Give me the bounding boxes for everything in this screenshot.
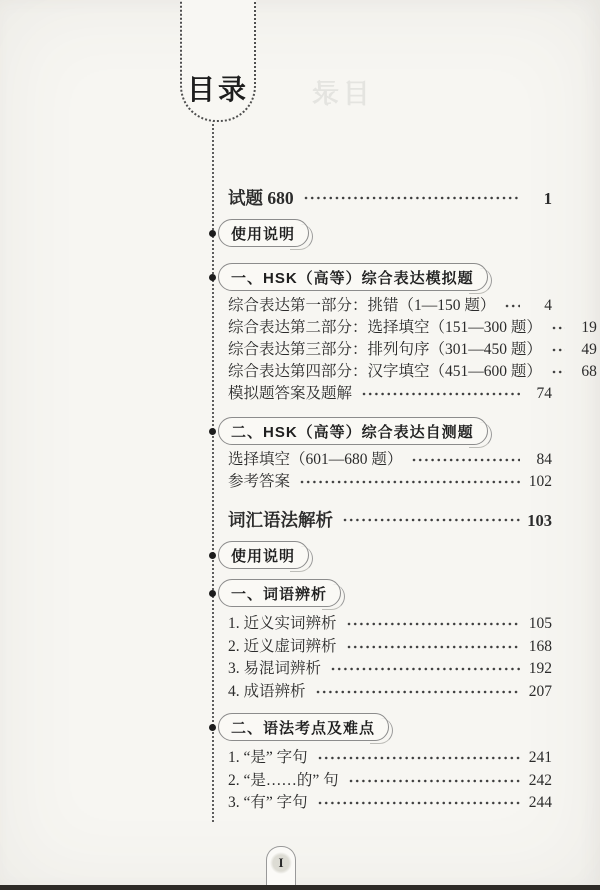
entry-title: 4. 成语辨析 bbox=[228, 681, 306, 704]
entry-title: 1. “是” 字句 bbox=[228, 747, 308, 770]
page-number: 168 bbox=[526, 636, 552, 659]
dot-leader bbox=[551, 369, 565, 375]
page-number-tab: I bbox=[266, 846, 296, 885]
page-number: 84 bbox=[526, 449, 552, 471]
pill-row-grammar-points: 二、语法考点及难点 bbox=[218, 713, 552, 741]
toc-entry: 参考答案 102 bbox=[218, 471, 552, 493]
page-number: 49 bbox=[571, 339, 597, 361]
pill-usage-notes: 使用说明 bbox=[218, 541, 309, 569]
page-number: 4 bbox=[526, 295, 552, 317]
toc-heading-shiti680: 试题 680 1 bbox=[218, 185, 552, 211]
entry-title: 综合表达第四部分：汉字填空（451—600 题） bbox=[228, 361, 542, 383]
pill-label: 二、HSK（高等）综合表达自测题 bbox=[231, 421, 474, 442]
dot-leader bbox=[317, 755, 520, 761]
entry-title: 2. “是……的” 句 bbox=[228, 770, 339, 793]
bullet-dot-icon bbox=[209, 552, 216, 559]
dot-leader bbox=[551, 325, 565, 331]
page-number: 192 bbox=[526, 658, 552, 681]
toc-entry: 1. 近义实词辨析 105 bbox=[218, 613, 552, 636]
dot-leader bbox=[361, 391, 520, 397]
toc-entry: 综合表达第四部分：汉字填空（451—600 题） 68 bbox=[218, 361, 552, 383]
page-number: 74 bbox=[526, 383, 552, 405]
toc-heading-vocab-grammar: 词汇语法解析 103 bbox=[218, 507, 552, 533]
entry-title: 综合表达第三部分：排列句序（301—450 题） bbox=[228, 339, 542, 361]
bleedthrough-text: 目录 bbox=[308, 72, 370, 111]
page-number: 19 bbox=[571, 317, 597, 339]
dot-leader bbox=[346, 621, 520, 627]
dotted-connector-line bbox=[212, 120, 214, 822]
dot-leader bbox=[299, 479, 520, 485]
dot-leader bbox=[551, 347, 565, 353]
toc-entry: 模拟题答案及题解 74 bbox=[218, 383, 552, 405]
entry-title: 1. 近义实词辨析 bbox=[228, 613, 337, 636]
pill-row-hsk-simulation: 一、HSK（高等）综合表达模拟题 bbox=[218, 263, 552, 291]
pill-row-word-discrimination: 一、词语辨析 bbox=[218, 579, 552, 607]
dot-leader bbox=[346, 644, 520, 650]
folio-page-number: I bbox=[267, 855, 295, 871]
bullet-dot-icon bbox=[209, 428, 216, 435]
pill-hsk-selftest: 二、HSK（高等）综合表达自测题 bbox=[218, 417, 488, 445]
dot-leader bbox=[342, 517, 520, 523]
pill-hsk-simulation: 一、HSK（高等）综合表达模拟题 bbox=[218, 263, 488, 291]
toc-page: 目录 目录 试题 680 1 使用说明 一、HSK（高等）综合表达模拟题 综合表… bbox=[0, 0, 600, 890]
dot-leader bbox=[348, 778, 520, 784]
toc-entry: 1. “是” 字句 241 bbox=[218, 747, 552, 770]
entry-title: 3. “有” 字句 bbox=[228, 792, 308, 815]
heading-title: 试题 680 bbox=[228, 185, 294, 211]
toc-bookmark-tab: 目录 bbox=[180, 0, 256, 122]
page-number: 1 bbox=[526, 186, 552, 212]
toc-entry: 3. 易混词辨析 192 bbox=[218, 658, 552, 681]
pill-label: 二、语法考点及难点 bbox=[231, 717, 375, 738]
dot-leader bbox=[303, 195, 520, 201]
pill-row-usage-notes-2: 使用说明 bbox=[218, 541, 552, 569]
toc-entry: 选择填空（601—680 题） 84 bbox=[218, 449, 552, 471]
pill-grammar-points: 二、语法考点及难点 bbox=[218, 713, 389, 741]
pill-row-hsk-selftest: 二、HSK（高等）综合表达自测题 bbox=[218, 417, 552, 445]
dot-leader bbox=[317, 800, 520, 806]
entry-title: 3. 易混词辨析 bbox=[228, 658, 321, 681]
page-title: 目录 bbox=[182, 68, 254, 108]
heading-title: 词汇语法解析 bbox=[228, 507, 333, 533]
entry-title: 选择填空（601—680 题） bbox=[228, 449, 402, 471]
pill-label: 一、HSK（高等）综合表达模拟题 bbox=[231, 267, 474, 288]
bullet-dot-icon bbox=[209, 230, 216, 237]
pill-usage-notes: 使用说明 bbox=[218, 219, 309, 247]
page-bottom-edge bbox=[0, 885, 600, 890]
page-number: 68 bbox=[571, 361, 597, 383]
toc-entry: 2. “是……的” 句 242 bbox=[218, 770, 552, 793]
page-number: 242 bbox=[526, 770, 552, 793]
page-number: 103 bbox=[526, 508, 552, 534]
toc-entry: 2. 近义虚词辨析 168 bbox=[218, 636, 552, 659]
pill-label: 一、词语辨析 bbox=[231, 583, 327, 604]
entry-title: 综合表达第一部分：挑错（1—150 题） bbox=[228, 295, 495, 317]
toc-entry: 综合表达第一部分：挑错（1—150 题） 4 bbox=[218, 295, 552, 317]
bullet-dot-icon bbox=[209, 724, 216, 731]
pill-label: 使用说明 bbox=[231, 545, 295, 566]
dot-leader bbox=[411, 457, 520, 463]
entry-title: 模拟题答案及题解 bbox=[228, 383, 352, 405]
page-number: 244 bbox=[526, 792, 552, 815]
entry-title: 综合表达第二部分：选择填空（151—300 题） bbox=[228, 317, 542, 339]
bullet-dot-icon bbox=[209, 274, 216, 281]
toc-entry: 4. 成语辨析 207 bbox=[218, 681, 552, 704]
toc-entry: 综合表达第二部分：选择填空（151—300 题） 19 bbox=[218, 317, 552, 339]
bullet-dot-icon bbox=[209, 590, 216, 597]
pill-word-discrimination: 一、词语辨析 bbox=[218, 579, 341, 607]
pill-row-usage-notes-1: 使用说明 bbox=[218, 219, 552, 247]
dot-leader bbox=[504, 303, 520, 309]
page-number: 241 bbox=[526, 747, 552, 770]
dot-leader bbox=[330, 666, 520, 672]
toc-entry: 3. “有” 字句 244 bbox=[218, 792, 552, 815]
entry-title: 2. 近义虚词辨析 bbox=[228, 636, 337, 659]
entry-title: 参考答案 bbox=[228, 471, 290, 493]
page-number: 105 bbox=[526, 613, 552, 636]
page-number: 102 bbox=[526, 471, 552, 493]
pill-label: 使用说明 bbox=[231, 223, 295, 244]
toc-content: 试题 680 1 使用说明 一、HSK（高等）综合表达模拟题 综合表达第一部分：… bbox=[218, 185, 552, 815]
page-number: 207 bbox=[526, 681, 552, 704]
dot-leader bbox=[315, 689, 520, 695]
toc-entry: 综合表达第三部分：排列句序（301—450 题） 49 bbox=[218, 339, 552, 361]
